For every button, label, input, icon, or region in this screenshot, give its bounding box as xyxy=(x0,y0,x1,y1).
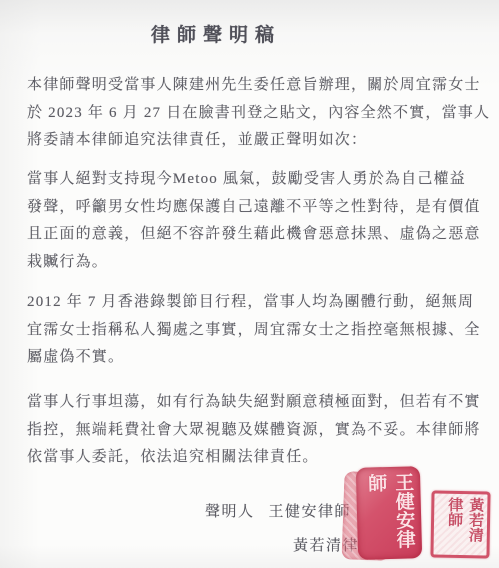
signature-line-1: 聲明人王健安律師 xyxy=(205,500,351,521)
text-line: 栽贓行為。 xyxy=(27,249,487,277)
lawyer-name-wang-jian-an: 王健安律師 xyxy=(269,504,352,520)
document-title: 律師聲明稿 xyxy=(0,20,432,47)
paragraph-intro: 本律師聲明受當事人陳建州先生委任意旨辦理，關於周宜霈女士 於 2023 年 6 … xyxy=(27,72,487,155)
paragraph-2012-facts: 2012 年 7 月香港錄製節目行程，當事人均為團體行動，絕無周 宜霈女士指稱私… xyxy=(27,289,487,372)
statement-document-page: 律師聲明稿 本律師聲明受當事人陳建州先生委任意旨辦理，關於周宜霈女士 於 202… xyxy=(0,0,499,568)
text-line: 依當事人委託，依法追究相關法律責任。 xyxy=(27,444,487,472)
wang-jian-an-lawyer-seal: 王健安律師 xyxy=(356,466,422,560)
text-line: 且正面的意義，但絕不容許發生藉此機會惡意抹黑、虛偽之惡意 xyxy=(27,221,487,249)
text-line: 屬虛偽不實。 xyxy=(27,344,487,372)
huang-ruo-qing-lawyer-seal: 黃若清律師 xyxy=(430,490,490,558)
text-line: 於 2023 年 6 月 27 日在臉書刊登之貼文，內容全然不實，當事人 xyxy=(27,100,487,128)
text-line: 2012 年 7 月香港錄製節目行程，當事人均為團體行動，絕無周 xyxy=(27,289,487,317)
declarant-role-label: 聲明人 xyxy=(205,504,255,520)
text-line: 發聲，呼籲男女性均應保護自己遠離不平等之性對待，是有價值 xyxy=(27,194,487,222)
text-line: 指控，無端耗費社會大眾視聽及媒體資源，實為不妥。本律師將 xyxy=(27,417,487,445)
text-line: 宜霈女士指稱私人獨處之事實，周宜霈女士之指控毫無根據、全 xyxy=(27,317,487,345)
paragraph-metoo-position: 當事人絕對支持現今Metoo 風氣，鼓勵受害人勇於為自己權益 發聲，呼籲男女性均… xyxy=(27,166,487,276)
text-line: 當事人行事坦蕩，如有行為缺失絕對願意積極面對，但若有不實 xyxy=(27,389,487,417)
text-line: 當事人絕對支持現今Metoo 風氣，鼓勵受害人勇於為自己權益 xyxy=(27,166,487,194)
text-line: 本律師聲明受當事人陳建州先生委任意旨辦理，關於周宜霈女士 xyxy=(27,72,487,100)
paragraph-legal-action: 當事人行事坦蕩，如有行為缺失絕對願意積極面對，但若有不實 指控，無端耗費社會大眾… xyxy=(27,389,487,472)
text-line: 將委請本律師追究法律責任，並嚴正聲明如次： xyxy=(27,127,487,155)
